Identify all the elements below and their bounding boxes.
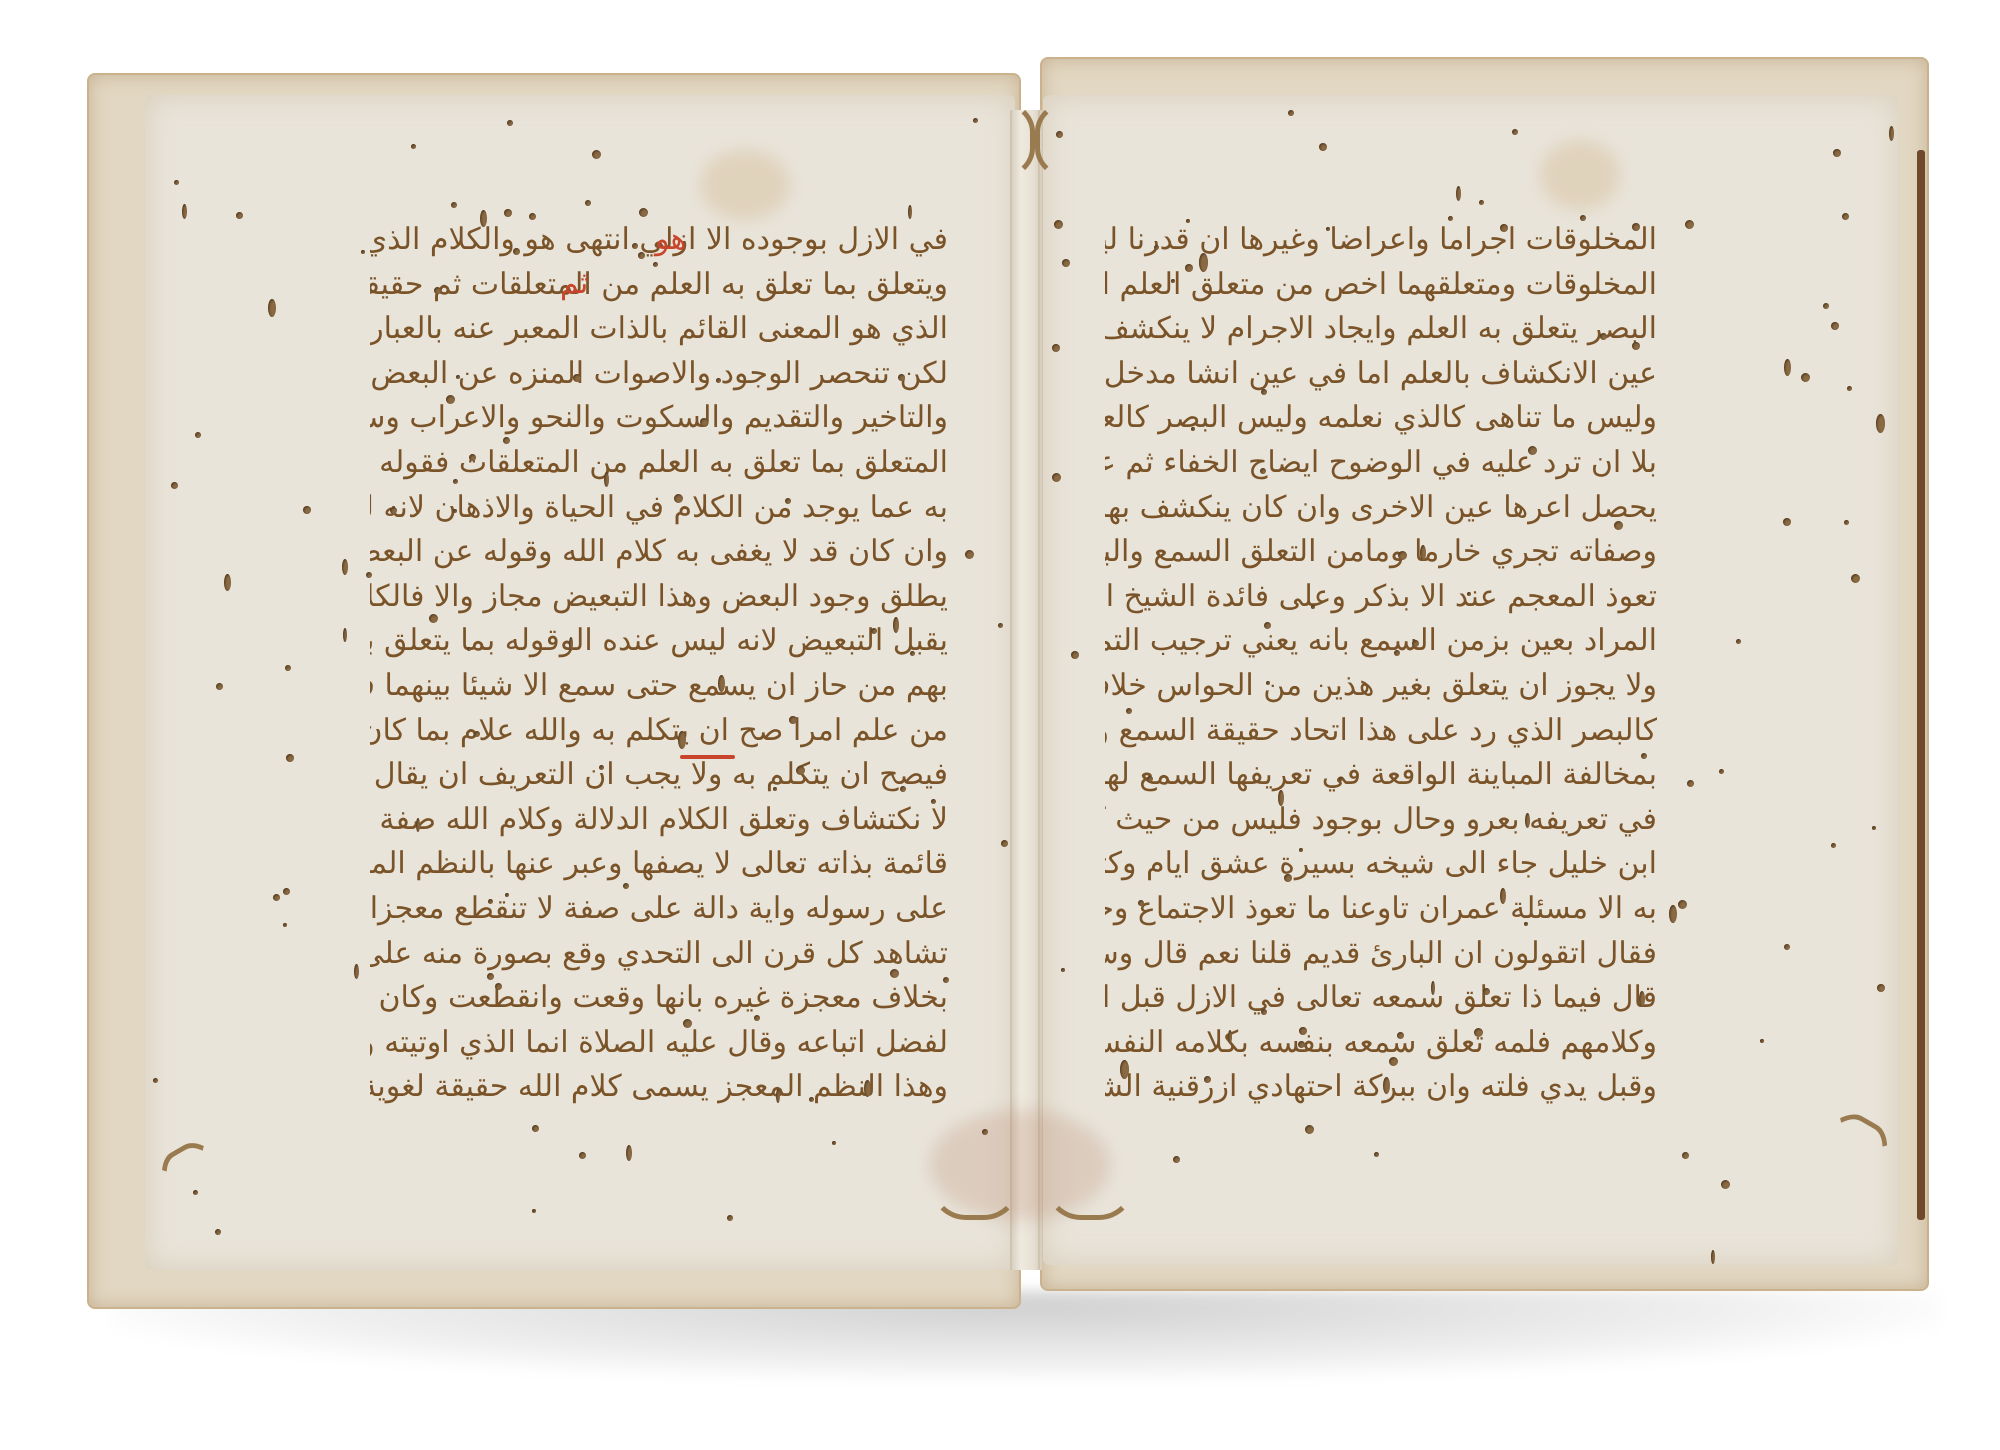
text-line: ابن خليل جاء الى شيخه بسيرة عشق ايام وكث… <box>1105 842 1657 887</box>
wormhole <box>1185 264 1193 272</box>
wormhole <box>965 550 974 559</box>
wormhole <box>716 378 721 383</box>
wormhole <box>1719 769 1724 774</box>
wormhole <box>1260 468 1266 474</box>
red-rubric-bar <box>680 755 735 759</box>
wormhole <box>1721 1180 1730 1189</box>
worm-track <box>930 1130 1020 1220</box>
text-line: لفضل اتباعه وقال عليه الصلاة انما الذي ا… <box>370 1021 948 1066</box>
text-line: تعوذ المعجم عند الا بذكر وعلى فائدة الشي… <box>1105 575 1657 620</box>
wormhole <box>505 893 509 897</box>
wormhole <box>1412 640 1419 647</box>
text-line: يقبل التبعيض لانه ليس عنده الوقوله بما ي… <box>370 619 948 664</box>
text-line: به عما يوجد من الكلام في الحياة والاذهان… <box>370 486 948 531</box>
wormhole <box>390 507 397 514</box>
wormhole <box>195 432 201 438</box>
wormhole <box>453 509 457 513</box>
wormhole <box>1319 143 1327 151</box>
wormhole <box>1264 622 1271 629</box>
text-line: تشاهد كل قرن الى التحدي وقع بصورة منه عل… <box>370 932 948 977</box>
wormhole <box>1171 279 1175 283</box>
wormhole <box>1311 605 1315 609</box>
text-line: والتاخير والتقديم والسكوت والنحو والاعرا… <box>370 396 948 441</box>
wormhole <box>343 628 347 642</box>
wormhole <box>1191 427 1195 431</box>
text-line: وقبل يدي فلته وان ببركة احتهادي ازرقنية … <box>1105 1065 1657 1110</box>
wormhole <box>1479 200 1484 205</box>
worm-track <box>1045 1130 1135 1220</box>
wormhole <box>639 208 648 217</box>
wormhole <box>1398 551 1407 560</box>
wormhole <box>931 799 936 804</box>
wormhole <box>451 202 457 208</box>
stain <box>700 150 790 220</box>
wormhole <box>908 205 912 219</box>
text-line: المخلوقات اجراما واعراضا وغيرها ان قدرنا… <box>1105 218 1657 263</box>
wormhole <box>900 786 906 792</box>
text-line: بهم من حاز ان يسمع حتى سمع الا شيئا بينه… <box>370 664 948 709</box>
wormhole <box>153 1078 158 1083</box>
wormhole <box>1052 473 1061 482</box>
wormhole <box>456 375 460 379</box>
wormhole <box>342 559 348 575</box>
worm-track <box>1035 100 1125 180</box>
wormhole <box>1389 1057 1398 1066</box>
wormhole <box>1831 322 1839 330</box>
text-line: فيصح ان يتكلم به ولا يجب ان التعريف ان ي… <box>370 753 948 798</box>
wormhole <box>1783 518 1791 526</box>
spine-edge <box>1917 150 1925 1220</box>
wormhole <box>796 766 805 775</box>
text-line: قال فيما ذا تعلق سمعه تعالى في الازل قبل… <box>1105 976 1657 1021</box>
text-line: بمخالفة المباينة الواقعة في تعريفها السم… <box>1105 753 1657 798</box>
text-line: في تعريفه بعرو وحال بوجود فليس من حيث كل… <box>1105 798 1657 843</box>
wormhole <box>700 418 708 426</box>
wormhole <box>354 964 359 979</box>
wormhole <box>1284 874 1292 882</box>
wormhole <box>1147 776 1153 782</box>
text-line: وصفاته تجري خارما ومامن التعلق السمع وال… <box>1105 530 1657 575</box>
text-line: الذي هو المعنى القائم بالذات المعبر عنه … <box>370 307 948 352</box>
wormhole <box>1844 520 1849 525</box>
wormhole <box>1278 790 1284 806</box>
wormhole <box>1120 1060 1129 1079</box>
wormhole <box>832 1141 836 1145</box>
text-line: قائمة بذاته تعالى لا يصفها وعبر عنها بال… <box>370 842 948 887</box>
text-line: به الا مسئلة عمران تاوعنا ما تعوذ الاجتم… <box>1105 887 1657 932</box>
text-line: وان كان قد لا يغفى به كلام الله وقوله عن… <box>370 530 948 575</box>
wormhole <box>513 248 520 255</box>
wormhole <box>604 472 609 487</box>
wormhole <box>599 765 604 770</box>
rubricated-word: ثم <box>560 266 588 301</box>
text-line: يحصل اعرها عين الاخرى وان كان ينكشف بهما… <box>1105 486 1657 531</box>
wormhole <box>1299 1027 1307 1035</box>
wormhole <box>1456 186 1461 201</box>
wormhole <box>1641 753 1647 759</box>
text-line: بلا ان ترد عليه في الوضوح ايضاح الخفاء ث… <box>1105 441 1657 486</box>
text-line: فقال اتقولون ان البارئ قديم قلنا نعم قال… <box>1105 932 1657 977</box>
wormhole <box>1632 342 1640 350</box>
text-line: على رسوله واية دالة على صفة لا تنقطع معج… <box>370 887 948 932</box>
rubricated-word: هو <box>655 222 686 257</box>
wormhole <box>1889 126 1894 141</box>
wormhole <box>174 180 179 185</box>
wormhole <box>1847 386 1852 391</box>
wormhole <box>1261 389 1267 395</box>
wormhole <box>434 287 441 294</box>
text-line: يطلق وجود البعض وهذا التبعيض مجاز والا ف… <box>370 575 948 620</box>
wormhole <box>268 299 276 317</box>
wormhole <box>1326 227 1330 231</box>
wormhole <box>1580 215 1586 221</box>
worm-track <box>945 100 1035 180</box>
wormhole <box>1204 1076 1211 1083</box>
wormhole <box>773 787 777 791</box>
gutter-fold-left <box>1010 110 1012 1270</box>
stain <box>1540 140 1620 210</box>
wormhole <box>283 888 290 895</box>
wormhole <box>1639 991 1645 1007</box>
wormhole <box>171 482 178 489</box>
wormhole <box>727 1215 733 1221</box>
gutter-fold-right <box>1038 110 1040 1270</box>
wormhole <box>1842 213 1849 220</box>
wormhole <box>285 665 291 671</box>
text-line: لا نكتشاف وتعلق الكلام الدلالة وكلام الل… <box>370 798 948 843</box>
text-line: عين الانكشاف بالعلم اما في عين انشا مدخل… <box>1105 352 1657 397</box>
wormhole <box>683 1019 692 1028</box>
left-page-text: في الازل بوجوده الا ازلي انتهى هو والكلا… <box>370 218 948 1118</box>
wormhole <box>1678 900 1687 909</box>
wormhole <box>1261 1009 1267 1015</box>
wormhole <box>1383 1077 1390 1094</box>
wormhole <box>236 212 243 219</box>
wormhole <box>623 883 629 889</box>
wormhole <box>626 1145 632 1161</box>
text-line: وليس ما تناهى كالذي نعلمه وليس البصر كال… <box>1105 396 1657 441</box>
wormhole <box>1524 922 1528 926</box>
text-line: كالبصر الذي رد على هذا اتحاد حقيقة السمع… <box>1105 709 1657 754</box>
wormhole <box>1431 981 1435 995</box>
wormhole <box>1801 373 1810 382</box>
wormhole <box>366 572 372 578</box>
text-line: المراد بعين بزمن السمع بانه يعني ترجيب ا… <box>1105 619 1657 664</box>
wormhole <box>1512 129 1518 135</box>
wormhole <box>1525 813 1530 828</box>
wormhole <box>532 1125 539 1132</box>
text-line: وكلامهم فلمه تعلق سمعه بنفسه بكلامه النف… <box>1105 1021 1657 1066</box>
wormhole <box>283 923 287 927</box>
right-page-text: المخلوقات اجراما واعراضا وغيرها ان قدرنا… <box>1105 218 1657 1118</box>
wormhole <box>1266 681 1270 685</box>
text-line: وهذا النظم المعجز يسمى كلام الله حقيقة ل… <box>370 1065 948 1110</box>
text-line: البصر يتعلق به العلم وايجاد الاجرام لا ي… <box>1105 307 1657 352</box>
wormhole <box>1632 223 1640 231</box>
wormhole <box>487 973 494 980</box>
wormhole <box>1500 888 1506 904</box>
wormhole <box>1669 905 1677 923</box>
text-line: من علم امرا صح ان يتكلم به والله علام بم… <box>370 709 948 754</box>
wormhole <box>1833 149 1841 157</box>
wormhole <box>1186 219 1190 223</box>
text-line: بخلاف معجزة غيره بانها وقعت وانقطعت وكان… <box>370 976 948 1021</box>
wormhole <box>507 120 513 126</box>
wormhole <box>1126 708 1132 714</box>
wormhole <box>1339 777 1343 781</box>
text-line: ويتعلق بما تعلق به العلم من المتعلقات ثم… <box>370 263 948 308</box>
wormhole <box>1682 1152 1689 1159</box>
wormhole <box>998 623 1003 628</box>
wormhole <box>1872 826 1876 830</box>
text-line: ولا يجوز ان يتعلق بغير هذين من الحواس خل… <box>1105 664 1657 709</box>
wormhole <box>1071 651 1079 659</box>
wormhole <box>674 494 683 503</box>
wormhole <box>469 454 476 461</box>
